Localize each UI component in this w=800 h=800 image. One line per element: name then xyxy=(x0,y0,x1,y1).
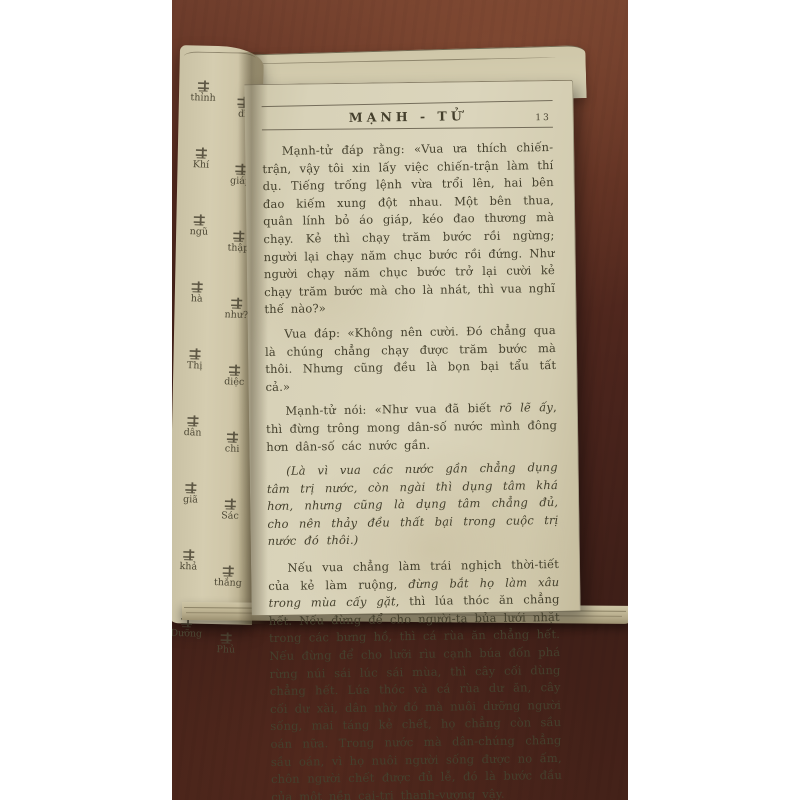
hanzi-pair: thỉnh xyxy=(189,79,217,120)
header-row: MẠNH - TỬ 13 xyxy=(262,102,553,130)
hanzi-reading: như? xyxy=(224,309,248,322)
hanzi-row: giã Sác xyxy=(176,481,253,523)
hanzi-character xyxy=(190,280,203,293)
hanzi-pair: diệc xyxy=(220,363,248,389)
hanzi-reading: Thị xyxy=(187,360,203,372)
hanzi-character xyxy=(226,430,239,443)
photo-background: thỉnh dĩ Khí xyxy=(0,0,800,800)
hanzi-character xyxy=(195,146,208,159)
hanzi-reading: chi xyxy=(225,443,240,455)
hanzi-character xyxy=(186,414,199,427)
paragraph-3-text: Mạnh-tử nói: «Như vua đã biết xyxy=(285,401,499,418)
hanzi-pair: Sác xyxy=(216,497,244,523)
hanzi-character xyxy=(219,631,232,644)
page-behind-edge-line xyxy=(240,57,556,65)
paragraph-3-emphasis: rõ lẽ ấy xyxy=(499,400,553,415)
hanzi-reading: hà xyxy=(191,293,203,305)
hanzi-pair: thắng xyxy=(214,564,242,590)
hanzi-reading: khả xyxy=(179,561,197,574)
paragraph-4-text: , thì lúa thóc ăn chẳng hết. Nếu đừng để… xyxy=(269,592,562,800)
paragraph-2: Vua đáp: «Không nên cười. Đó chẳng qua l… xyxy=(265,322,557,396)
hanzi-row: Thị diệc xyxy=(181,347,258,389)
hanzi-reading: Dưỡng xyxy=(172,628,202,641)
page-content: MẠNH - TỬ 13 Mạnh-tử đáp rằng: «Vua ưa t… xyxy=(244,81,582,800)
hanzi-character xyxy=(224,497,237,510)
hanzi-character xyxy=(182,548,195,561)
hanzi-reading: dân xyxy=(183,427,201,440)
hanzi-row: Dưỡng Phủ xyxy=(172,615,249,657)
hanzi-character xyxy=(193,213,206,226)
hanzi-reading: Khí xyxy=(193,159,210,172)
hanzi-character xyxy=(228,363,241,376)
hanzi-reading: Sác xyxy=(221,510,239,523)
hanzi-character xyxy=(232,229,245,242)
hanzi-character xyxy=(230,296,243,309)
hanzi-row: khả thắng xyxy=(174,548,251,590)
hanzi-character xyxy=(197,79,210,92)
hanzi-reading: thắng xyxy=(214,577,242,590)
book-page: MẠNH - TỬ 13 Mạnh-tử đáp rằng: «Vua ưa t… xyxy=(244,80,580,616)
hanzi-reading: Phủ xyxy=(216,644,235,657)
hanzi-pair: như? xyxy=(223,296,251,322)
hanzi-pair: giã xyxy=(176,481,204,522)
running-title: MẠNH - TỬ xyxy=(349,108,466,125)
page-body: Mạnh-tử đáp rằng: «Vua ưa thích chiến-tr… xyxy=(262,139,562,800)
paragraph-4: Nếu vua chẳng làm trái nghịch thời-tiết … xyxy=(268,556,562,800)
hanzi-pair: chi xyxy=(218,430,246,456)
book-photo: thỉnh dĩ Khí xyxy=(172,0,628,800)
hanzi-pair: Phủ xyxy=(212,631,240,657)
hanzi-pair: Khí xyxy=(187,146,215,187)
hanzi-character xyxy=(188,347,201,360)
hanzi-reading: ngũ xyxy=(190,226,209,239)
page-number: 13 xyxy=(535,113,551,123)
hanzi-reading: thỉnh xyxy=(190,92,216,105)
hanzi-pair: khả xyxy=(174,548,202,589)
hanzi-pair: dân xyxy=(178,414,206,455)
paragraph-note: (Là vì vua các nước gần chẳng dụng tâm t… xyxy=(267,459,559,551)
paragraph-3: Mạnh-tử nói: «Như vua đã biết rõ lẽ ấy, … xyxy=(266,399,558,456)
hanzi-reading: giã xyxy=(183,494,198,506)
hanzi-row: dân chi xyxy=(178,414,255,456)
hanzi-reading: diệc xyxy=(224,376,244,389)
hanzi-pair: ngũ xyxy=(185,213,213,254)
page-header: MẠNH - TỬ 13 xyxy=(262,101,553,131)
hanzi-pair: Thị xyxy=(181,347,209,388)
hanzi-pair: Dưỡng xyxy=(172,615,200,656)
hanzi-pair: hà xyxy=(183,280,211,321)
paragraph-1: Mạnh-tử đáp rằng: «Vua ưa thích chiến-tr… xyxy=(262,139,555,319)
hanzi-character xyxy=(184,481,197,494)
hanzi-character xyxy=(222,564,235,577)
